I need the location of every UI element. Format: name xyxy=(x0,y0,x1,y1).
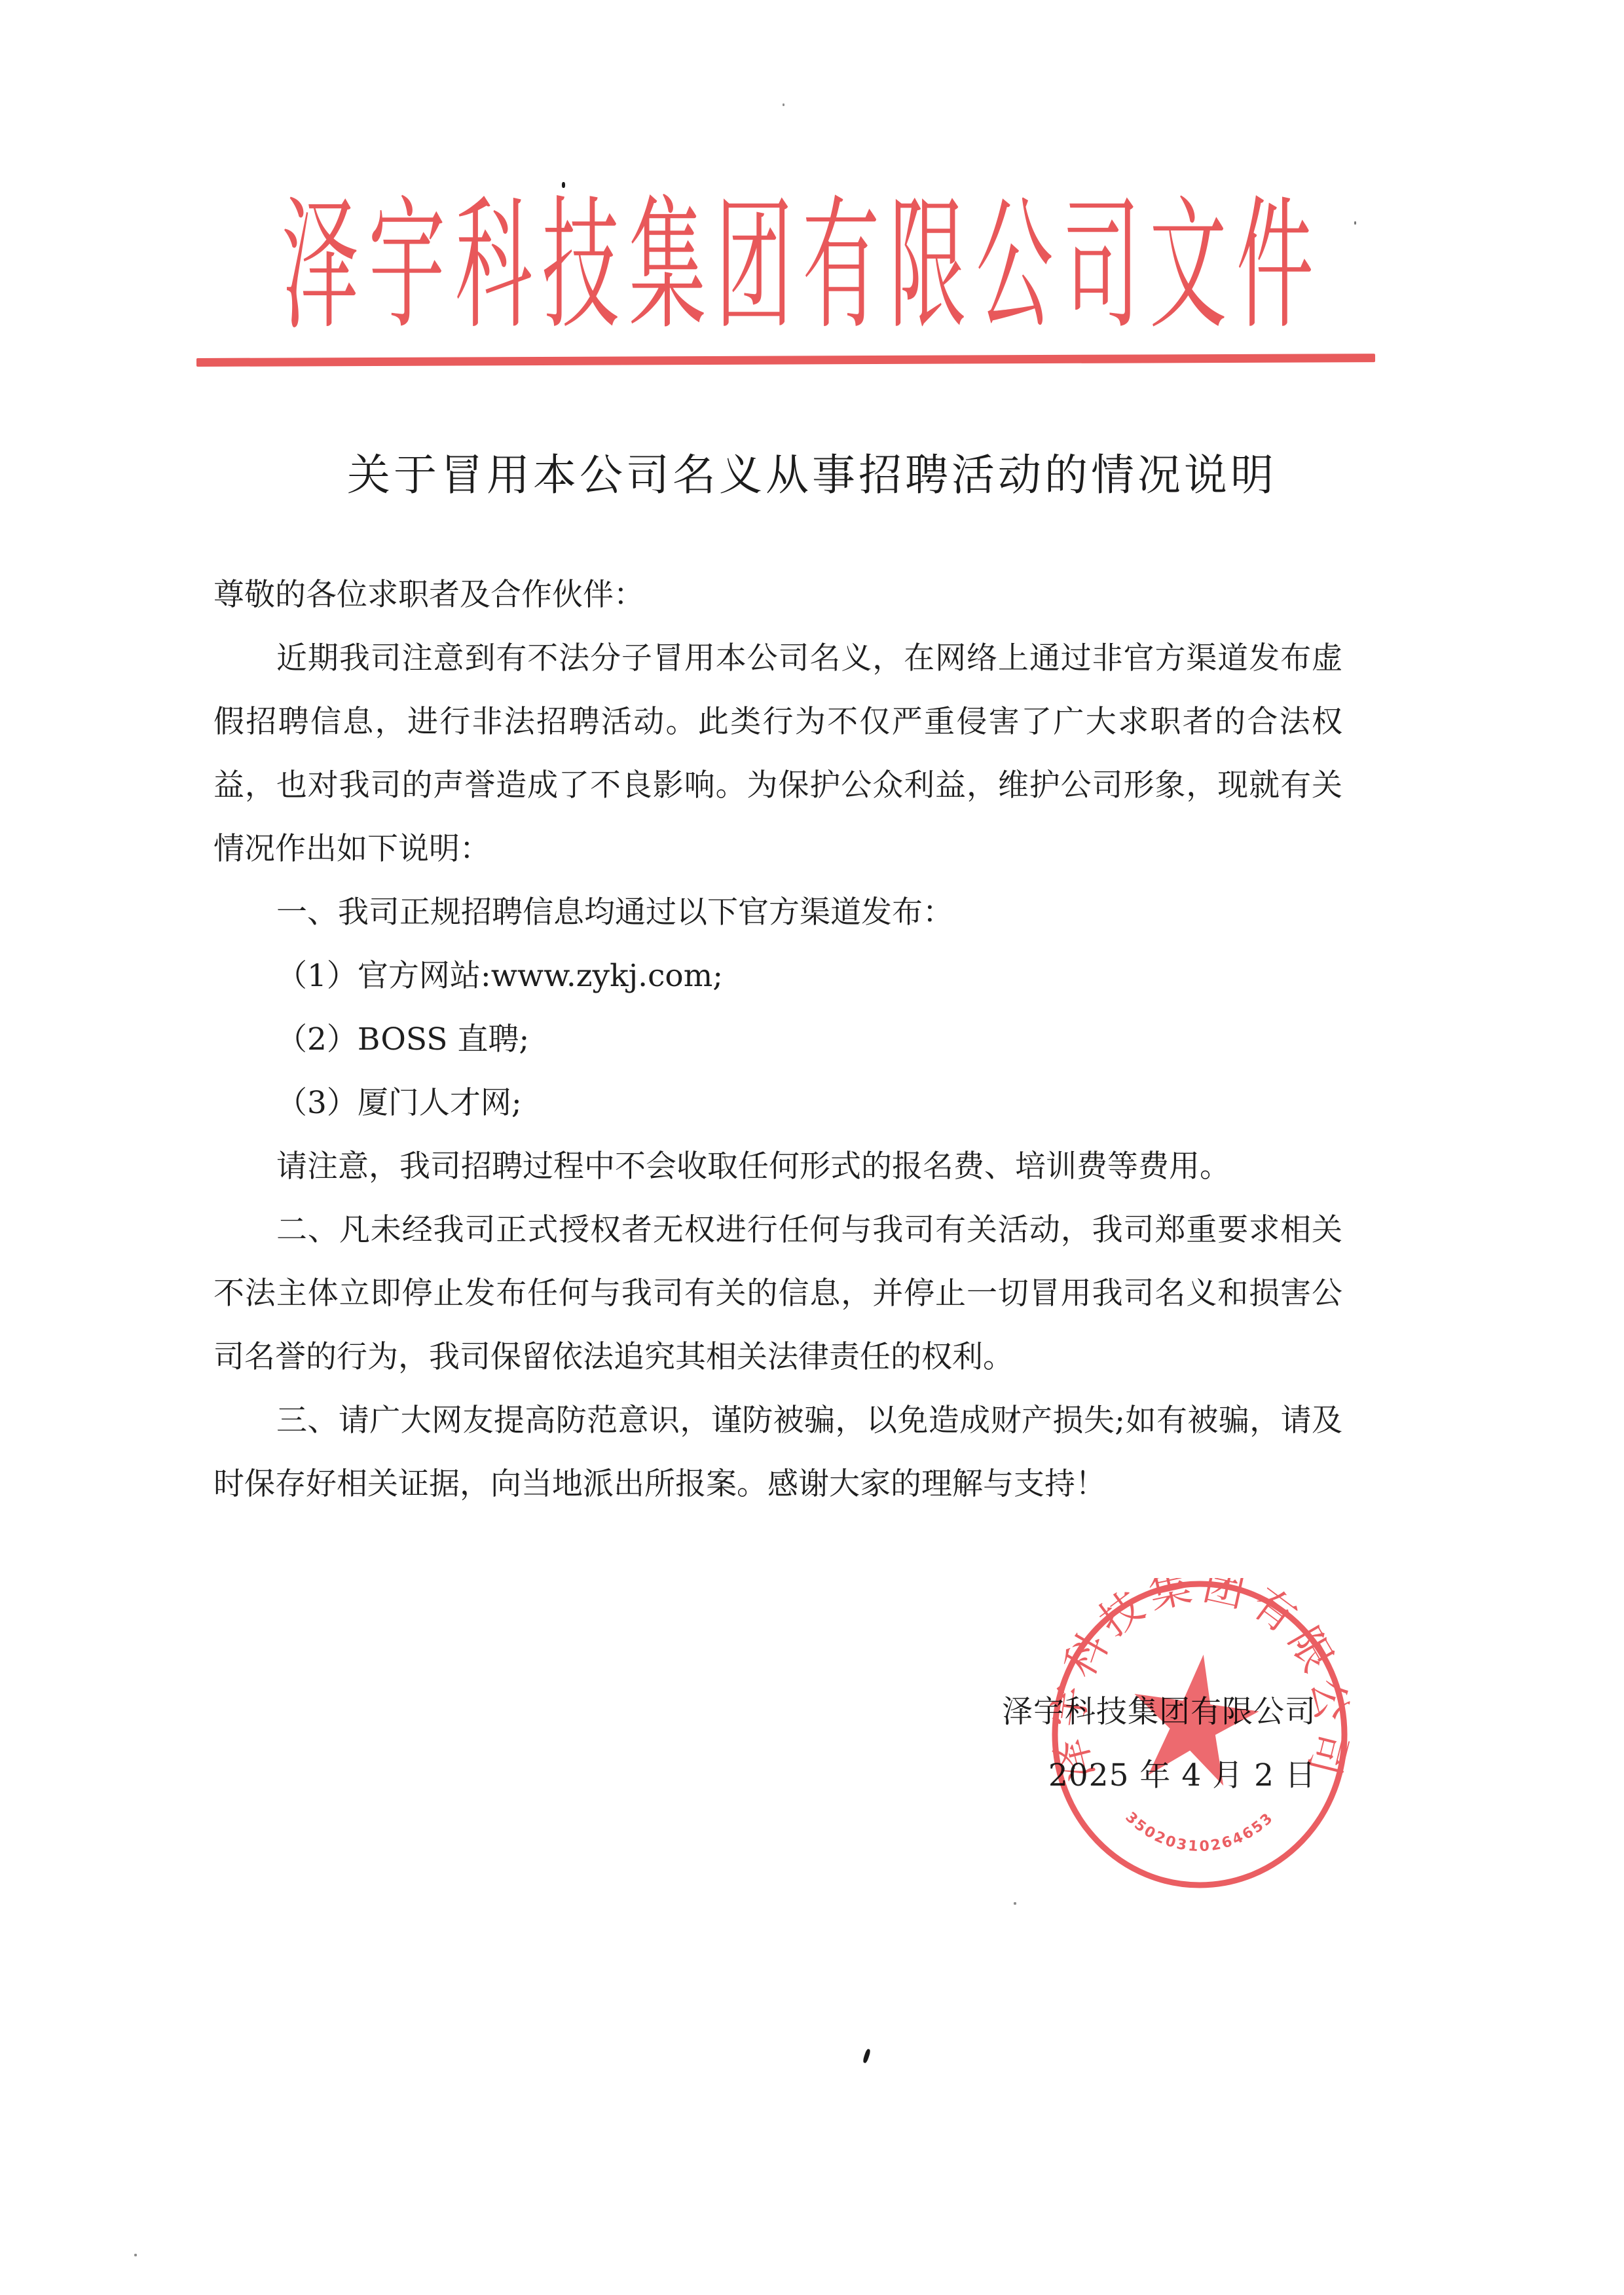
document-body: 尊敬的各位求职者及合作伙伴： 近期我司注意到有不法分子冒用本公司名义，在网络上通… xyxy=(213,563,1342,1516)
scan-speck xyxy=(134,2254,137,2256)
salutation: 尊敬的各位求职者及合作伙伴： xyxy=(213,563,1342,627)
document-title: 关于冒用本公司名义从事招聘活动的情况说明 xyxy=(314,443,1310,508)
scan-speck xyxy=(862,2048,871,2063)
document-page: 泽 宇 科 技 集 团 有 限 公 司 文 件 关于冒用本公司名义从事招聘活动的… xyxy=(0,0,1624,2295)
scan-speck xyxy=(562,182,565,188)
signature-company: 泽宇科技集团有限公司 xyxy=(982,1680,1316,1744)
signature-block: 泽宇科技集团有限公司 2025 年 4 月 2 日 xyxy=(982,1680,1316,1807)
paragraph-section-1: 一、我司正规招聘信息均通过以下官方渠道发布： xyxy=(213,881,1342,944)
paragraph-section-2: 二、凡未经我司正式授权者无权进行任何与我司有关活动，我司郑重要求相关不法主体立即… xyxy=(213,1198,1342,1389)
scan-speck xyxy=(1354,221,1356,225)
channel-item-boss: （2）BOSS 直聘; xyxy=(213,1008,1342,1071)
scan-speck xyxy=(783,103,784,106)
signature-date: 2025 年 4 月 2 日 xyxy=(982,1744,1316,1807)
svg-text:35020310264653: 35020310264653 xyxy=(1122,1809,1278,1855)
channel-item-xmrc: （3）厦门人才网; xyxy=(213,1071,1342,1135)
paragraph-fee-notice: 请注意，我司招聘过程中不会收取任何形式的报名费、培训费等费用。 xyxy=(213,1135,1342,1198)
paragraph-intro: 近期我司注意到有不法分子冒用本公司名义，在网络上通过非官方渠道发布虚假招聘信息，… xyxy=(213,627,1342,881)
masthead-char: 件 xyxy=(1236,126,1310,405)
paragraph-section-3: 三、请广大网友提高防范意识，谨防被骗，以免造成财产损失;如有被骗，请及时保存好相… xyxy=(213,1389,1342,1516)
seal-code: 35020310264653 xyxy=(1122,1809,1278,1855)
scan-speck xyxy=(1014,1902,1016,1905)
masthead-title: 泽 宇 科 技 集 团 有 限 公 司 文 件 xyxy=(282,190,1310,340)
channel-item-website: （1）官方网站:www.zykj.com; xyxy=(213,944,1342,1008)
